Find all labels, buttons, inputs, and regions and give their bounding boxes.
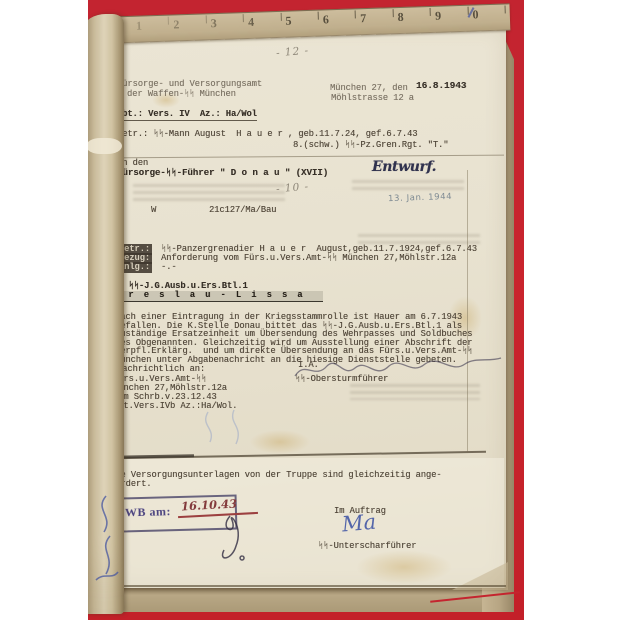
wb-stamp-date: 16.10.43 bbox=[181, 497, 238, 514]
notify-label: Nachrichtlich an: bbox=[117, 365, 205, 374]
file-prefix: W bbox=[151, 206, 156, 215]
ref-bezug: Anforderung vom Fürs.u.Vers.Amt-ᛋᛋ Münch… bbox=[161, 254, 456, 263]
subject-line2: 8.(schw.) ᛋᛋ-Pz.Gren.Rgt. "T." bbox=[293, 141, 448, 150]
ruler-number: 4 bbox=[248, 12, 286, 38]
entwurf-stamp: Entwurf. bbox=[372, 159, 436, 175]
ruler-number: 0 bbox=[472, 4, 510, 30]
paper-stain bbox=[356, 550, 452, 584]
offset-ink-ghost bbox=[133, 184, 285, 202]
ruler-number: 8 bbox=[397, 7, 435, 33]
ruler-number: 9 bbox=[435, 6, 473, 32]
sender-street: Möhlstrasse 12 a bbox=[331, 94, 414, 103]
document-photo: - 12 - - 10 - Fürsorge- und Versorgungsa… bbox=[0, 0, 620, 620]
ruler-number: 1 bbox=[136, 15, 174, 41]
ruler-number: 5 bbox=[285, 11, 323, 37]
sender-line2: der Waffen-ᛋᛋ München bbox=[127, 90, 236, 99]
file-number: 21c127/Ma/Bau bbox=[209, 206, 276, 215]
wb-stamp-label: WB am: bbox=[125, 504, 171, 520]
signature-scrawl-obersturmfuehrer bbox=[293, 352, 505, 386]
aktenzeichen-line: Abt.: Vers. IV Az.: Ha/Wol bbox=[117, 110, 257, 121]
subject-line1: Betr.: ᛋᛋ-Mann August H a u e r , geb.11… bbox=[117, 130, 417, 139]
ruler-number: 6 bbox=[323, 9, 361, 35]
letter-date: 16.8.1943 bbox=[416, 81, 466, 90]
offset-ink-ghost bbox=[350, 384, 480, 400]
ruler-number: 7 bbox=[360, 8, 398, 34]
curled-page-highlight bbox=[86, 138, 122, 154]
faint-pencil-marks bbox=[190, 408, 266, 452]
page-bottom-edge bbox=[112, 585, 506, 587]
sender-line1: Fürsorge- und Versorgungsamt bbox=[117, 80, 262, 89]
notify-address-block: Fürs.u.Vers.Amt-ᛋᛋMünchen 27,Möhlstr.12a… bbox=[113, 375, 237, 412]
ref-anlg: -.- bbox=[161, 263, 177, 272]
sheet-edge-vertical bbox=[467, 170, 468, 452]
addendum-rank: ᛋᛋ-Unterscharführer bbox=[318, 542, 416, 551]
addressee-city: B r e s l a u - L i s s a bbox=[113, 291, 323, 302]
addendum-line1: Die Versorgungsunterlagen von der Truppe… bbox=[110, 471, 441, 480]
recipient-line: Fürsorge-ᛋᛋ-Führer " D o n a u " (XVII) bbox=[117, 168, 328, 177]
photo-margin-right bbox=[524, 0, 620, 620]
handwritten-signature: Ma bbox=[341, 510, 377, 537]
initials-scrawl bbox=[208, 512, 260, 566]
place-date-line: München 27, den bbox=[330, 84, 408, 93]
photo-margin-left bbox=[0, 0, 88, 620]
ruler-number: 2 bbox=[173, 14, 211, 40]
margin-scribble-blue bbox=[86, 492, 126, 588]
ruler-number: 3 bbox=[210, 13, 248, 39]
